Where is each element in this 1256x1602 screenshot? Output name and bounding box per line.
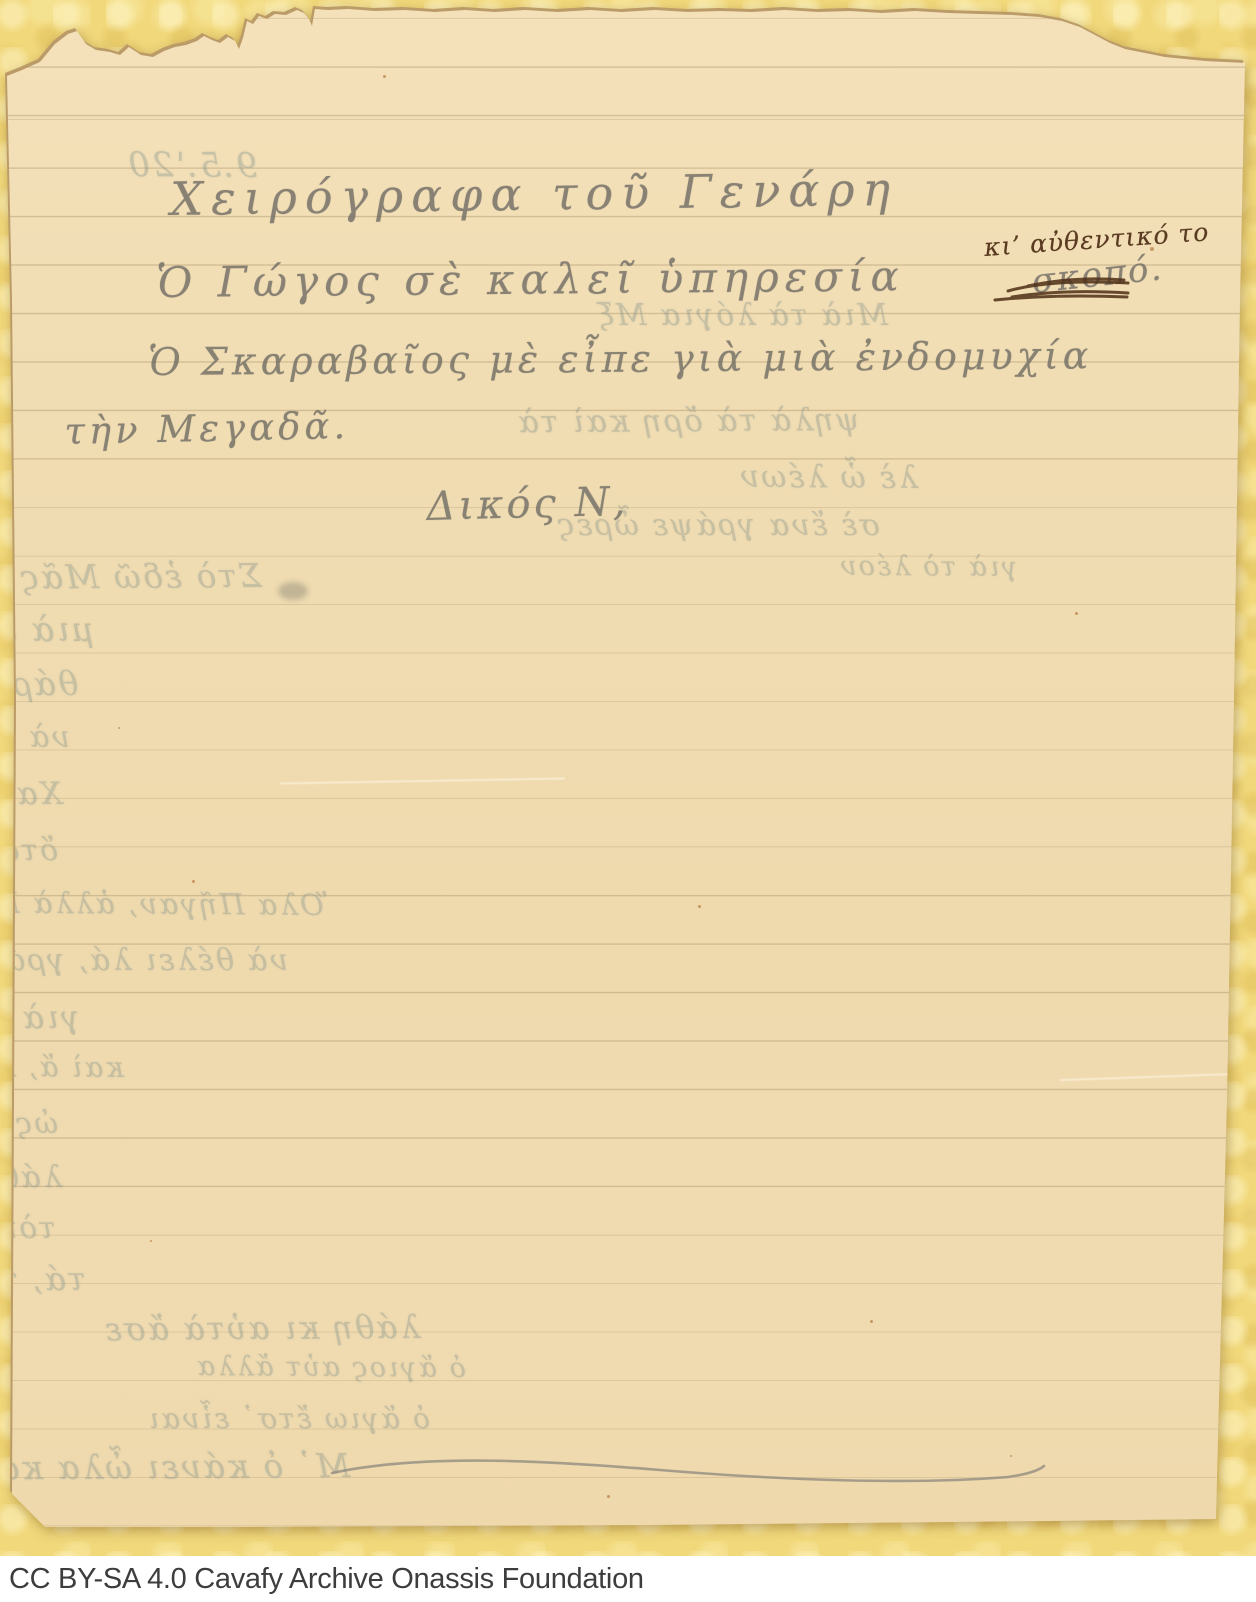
foxing-speck — [118, 727, 120, 729]
license-caption: CC BY-SA 4.0 Cavafy Archive Onassis Foun… — [0, 1563, 644, 1596]
pencil-line-2: Ὁ Γώγος σὲ καλεῖ ὑπηρεσία — [156, 251, 905, 307]
foxing-speck — [383, 75, 386, 78]
foxing-speck — [1150, 247, 1154, 251]
foxing-speck — [192, 880, 195, 883]
foxing-speck — [1010, 1455, 1012, 1457]
caption-bar: CC BY-SA 4.0 Cavafy Archive Onassis Foun… — [0, 1556, 1256, 1602]
bleedthrough-line-15: καὶ ἅ, καὶ τὰ Βάσανα γιὰ τὴν ὥρα, 1915-1… — [0, 1045, 124, 1084]
manuscript-scan-page: { "caption": {"license_text": "CC BY-SA … — [0, 0, 1256, 1602]
foxing-speck — [870, 1320, 873, 1323]
bleedthrough-line-3: λὲ ὦ λέων — [738, 459, 918, 496]
bleedthrough-line-17: λάθη, γιατί ἅ, τὰ ἔχει τά δείξε, ἅ τὰ ἄφ… — [0, 1160, 62, 1201]
foxing-speck — [698, 905, 701, 908]
bleedthrough-line-8: θάρρεψαν τὰ θέλω — στὸ εἶδαν λόγο σὰν τὰ — [0, 664, 78, 709]
bleedthrough-line-20: λάθη κι αὐτὰ ἄσε — [103, 1308, 421, 1348]
bleedthrough-line-12: Ὅλα Πῆγαν, ἀλλὰ Μαζί, ὁ λαὸς ὁ γελοῖο — [0, 883, 328, 922]
pencil-line-5: Δικός Ν, — [426, 479, 629, 530]
foxing-speck — [607, 1495, 610, 1498]
foxing-speck — [1075, 612, 1078, 615]
bleedthrough-line-13: νὰ θέλει λά, γράψε μὲ λάθη ἀρνήθηκε λύπη — [0, 943, 288, 978]
bleedthrough-line-9: νὰ μὴ σύρει τὸν ἥλιο Περισσότερα, μὲ τὸν… — [0, 714, 70, 755]
bleedthrough-line-6: γιὰ τὸ λέον — [838, 551, 1018, 583]
pencil-line-4: τὴν Μεγαδᾶ. — [64, 404, 350, 453]
pencil-line-3: Ὁ Σκαραβαῖος μὲ εἶπε γιὰ μιὰ ἐνδομυχία — [148, 333, 1092, 384]
bleedthrough-line-18: τὸν ξέρω, ὅλα τὰ ἀκόλουθα ἂν ἔχει, ἃ λόγ… — [0, 1205, 56, 1246]
bleedthrough-line-1: Μιὰ τὰ λόγια Μξ — [596, 298, 888, 333]
pencil-line-1: Χειρόγραφα τοῦ Γενάρη — [170, 162, 898, 226]
paper-shadow: 9.5.'20Μιὰ τὰ λόγια Μξψηλὰ τὰ ὄρη καὶ τὰ… — [0, 0, 1256, 1556]
bleedthrough-line-2: ψηλὰ τὰ ὄρη καὶ τὰ — [516, 402, 860, 440]
bleedthrough-line-23: Μ᾽ ὁ κάνει ὧλα καλὰ — [0, 1446, 350, 1488]
bleedthrough-line-11: ὅταν τὸ ὄνειρον μας χαθεῖ πιὰ — [0, 833, 58, 872]
manuscript-scan: 9.5.'20Μιὰ τὰ λόγια Μξψηλὰ τὰ ὄρη καὶ τὰ… — [0, 0, 1256, 1556]
bleedthrough-line-14: γιὰ τὸν Λαγορᾶ, γράψε γιὰ τὸ Οἰκογένεια … — [0, 998, 80, 1042]
bleedthrough-line-10: Χαιρετίσματα ὁ γέρος — ἀπὸ τὸν ἴδιο πάντ… — [0, 776, 62, 812]
pencil-smudge — [278, 582, 308, 600]
bleedthrough-line-16: ὡς τὸν τά, τὸν ἔδειξε τὰ Σταγείρισε ( Με… — [0, 1106, 58, 1140]
bleedthrough-line-21: ὁ ἅγιος αὐτ ἄλλα — [195, 1351, 466, 1384]
bleedthrough-line-5: Στὸ ἐδῶ Μᾶς — [19, 556, 263, 597]
bleedthrough-line-22: ὁ ἅγιω ἔτσ᾽ εἶναι — [146, 1402, 430, 1435]
foxing-speck — [150, 1240, 152, 1242]
manuscript-paper: 9.5.'20Μιὰ τὰ λόγια Μξψηλὰ τὰ ὄρη καὶ τὰ… — [0, 0, 1256, 1556]
